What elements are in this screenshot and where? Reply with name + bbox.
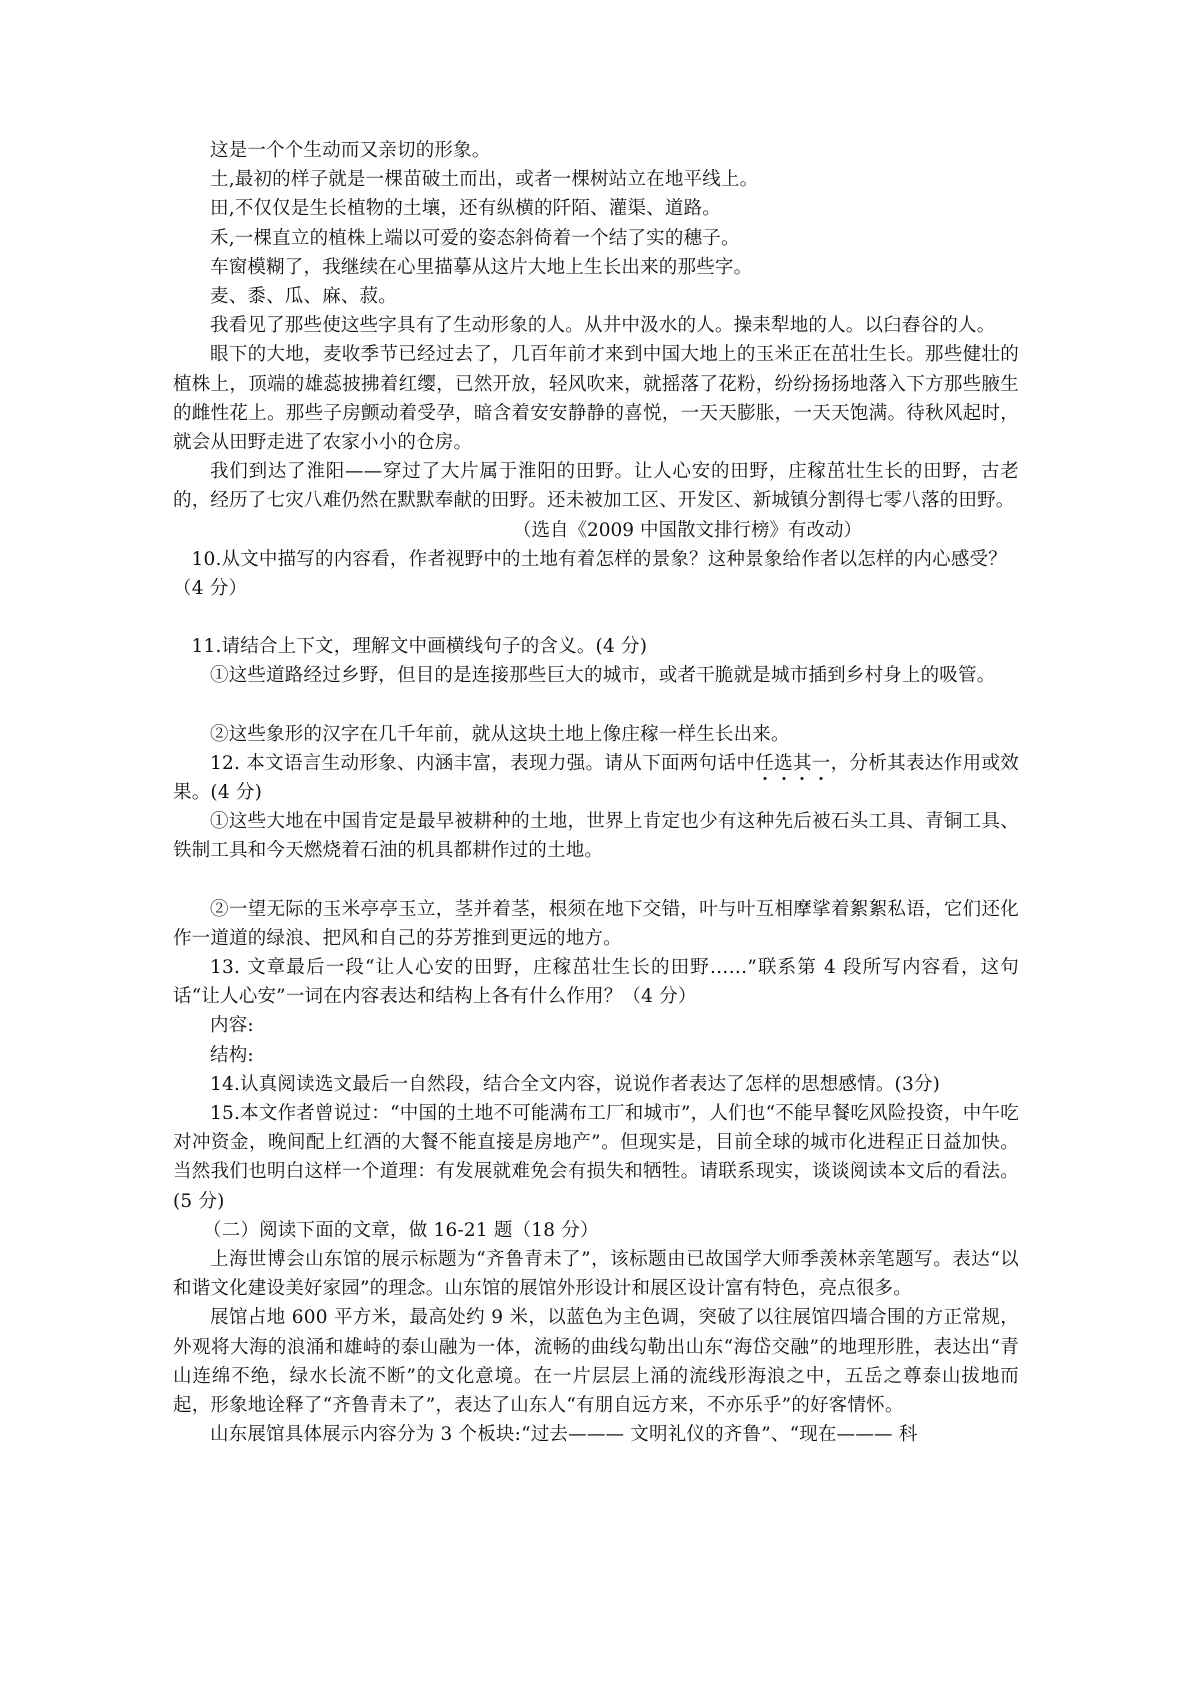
emphasis-char: 一 — [812, 753, 831, 774]
passage-line: 麦、黍、瓜、麻、菽。 — [173, 282, 1019, 311]
question-11-item: ①这些道路经过乡野，但目的是连接那些巨大的城市，或者干脆就是城市插到乡村身上的吸… — [173, 661, 1019, 690]
passage-line: 土,最初的样子就是一棵苗破土而出，或者一棵树站立在地平线上。 — [173, 165, 1019, 194]
section-paragraph: 山东展馆具体展示内容分为 3 个板块:“过去——— 文明礼仪的齐鲁”、“现在——… — [173, 1420, 1019, 1449]
question-12-item: ②一望无际的玉米亭亭玉立，茎并着茎，根须在地下交错，叶与叶互相摩挲着絮絮私语，它… — [173, 895, 1019, 953]
passage-paragraph: 眼下的大地，麦收季节已经过去了，几百年前才来到中国大地上的玉米正在茁壮生长。那些… — [173, 340, 1019, 457]
section-paragraph: 展馆占地 600 平方米，最高处约 9 米，以蓝色为主色调，突破了以往展馆四墙合… — [173, 1303, 1019, 1420]
emphasis-char: 任 — [755, 753, 774, 774]
question-11: 11.请结合上下文，理解文中画横线句子的含义。(4 分) — [173, 632, 1019, 661]
passage-line: 车窗模糊了，我继续在心里描摹从这片大地上生长出来的那些字。 — [173, 253, 1019, 282]
answer-space — [173, 691, 1019, 720]
question-10: 10.从文中描写的内容看，作者视野中的土地有着怎样的景象？这种景象给作者以怎样的… — [173, 545, 1019, 603]
question-13: 13. 文章最后一段“让人心安的田野，庄稼茁壮生长的田野……”联系第 4 段所写… — [173, 953, 1019, 1011]
passage-line: 田,不仅仅是生长植物的土壤，还有纵横的阡陌、灌渠、道路。 — [173, 194, 1019, 223]
passage-paragraph: 我看见了那些使这些字具有了生动形象的人。从井中汲水的人。操耒犁地的人。以臼舂谷的… — [173, 311, 1019, 340]
source-citation: （选自《2009 中国散文排行榜》有改动） — [173, 516, 1019, 545]
question-12-prefix: 12. 本文语言生动形象、内涵丰富，表现力强。请从下面两句话中 — [210, 753, 755, 774]
passage-paragraph: 我们到达了淮阳——穿过了大片属于淮阳的田野。让人心安的田野，庄稼茁壮生长的田野，… — [173, 457, 1019, 515]
passage-line: 禾,一棵直立的植株上端以可爱的姿态斜倚着一个结了实的穗子。 — [173, 224, 1019, 253]
emphasis-char: 选 — [774, 753, 793, 774]
structure-label: 结构: — [173, 1041, 1019, 1070]
content-label: 内容: — [173, 1011, 1019, 1040]
section-heading: （二）阅读下面的文章，做 16-21 题（18 分） — [173, 1216, 1019, 1245]
answer-space — [173, 603, 1019, 632]
answer-space — [173, 866, 1019, 895]
passage-line: 这是一个个生动而又亲切的形象。 — [173, 136, 1019, 165]
question-12: 12. 本文语言生动形象、内涵丰富，表现力强。请从下面两句话中任选其一，分析其表… — [173, 749, 1019, 807]
emphasis-char: 其 — [793, 753, 812, 774]
question-11-item: ②这些象形的汉字在几千年前，就从这块土地上像庄稼一样生长出来。 — [173, 720, 1019, 749]
section-paragraph: 上海世博会山东馆的展示标题为“齐鲁青未了”，该标题由已故国学大师季羡林亲笔题写。… — [173, 1245, 1019, 1303]
document-page: 这是一个个生动而又亲切的形象。 土,最初的样子就是一棵苗破土而出，或者一棵树站立… — [173, 136, 1019, 1449]
question-14: 14.认真阅读选文最后一自然段，结合全文内容，说说作者表达了怎样的思想感情。(3… — [173, 1070, 1019, 1099]
question-15: 15.本文作者曾说过：“中国的土地不可能满布工厂和城市”，人们也“不能早餐吃风险… — [173, 1099, 1019, 1216]
question-12-item: ①这些大地在中国肯定是最早被耕种的土地，世界上肯定也少有这种先后被石头工具、青铜… — [173, 807, 1019, 865]
